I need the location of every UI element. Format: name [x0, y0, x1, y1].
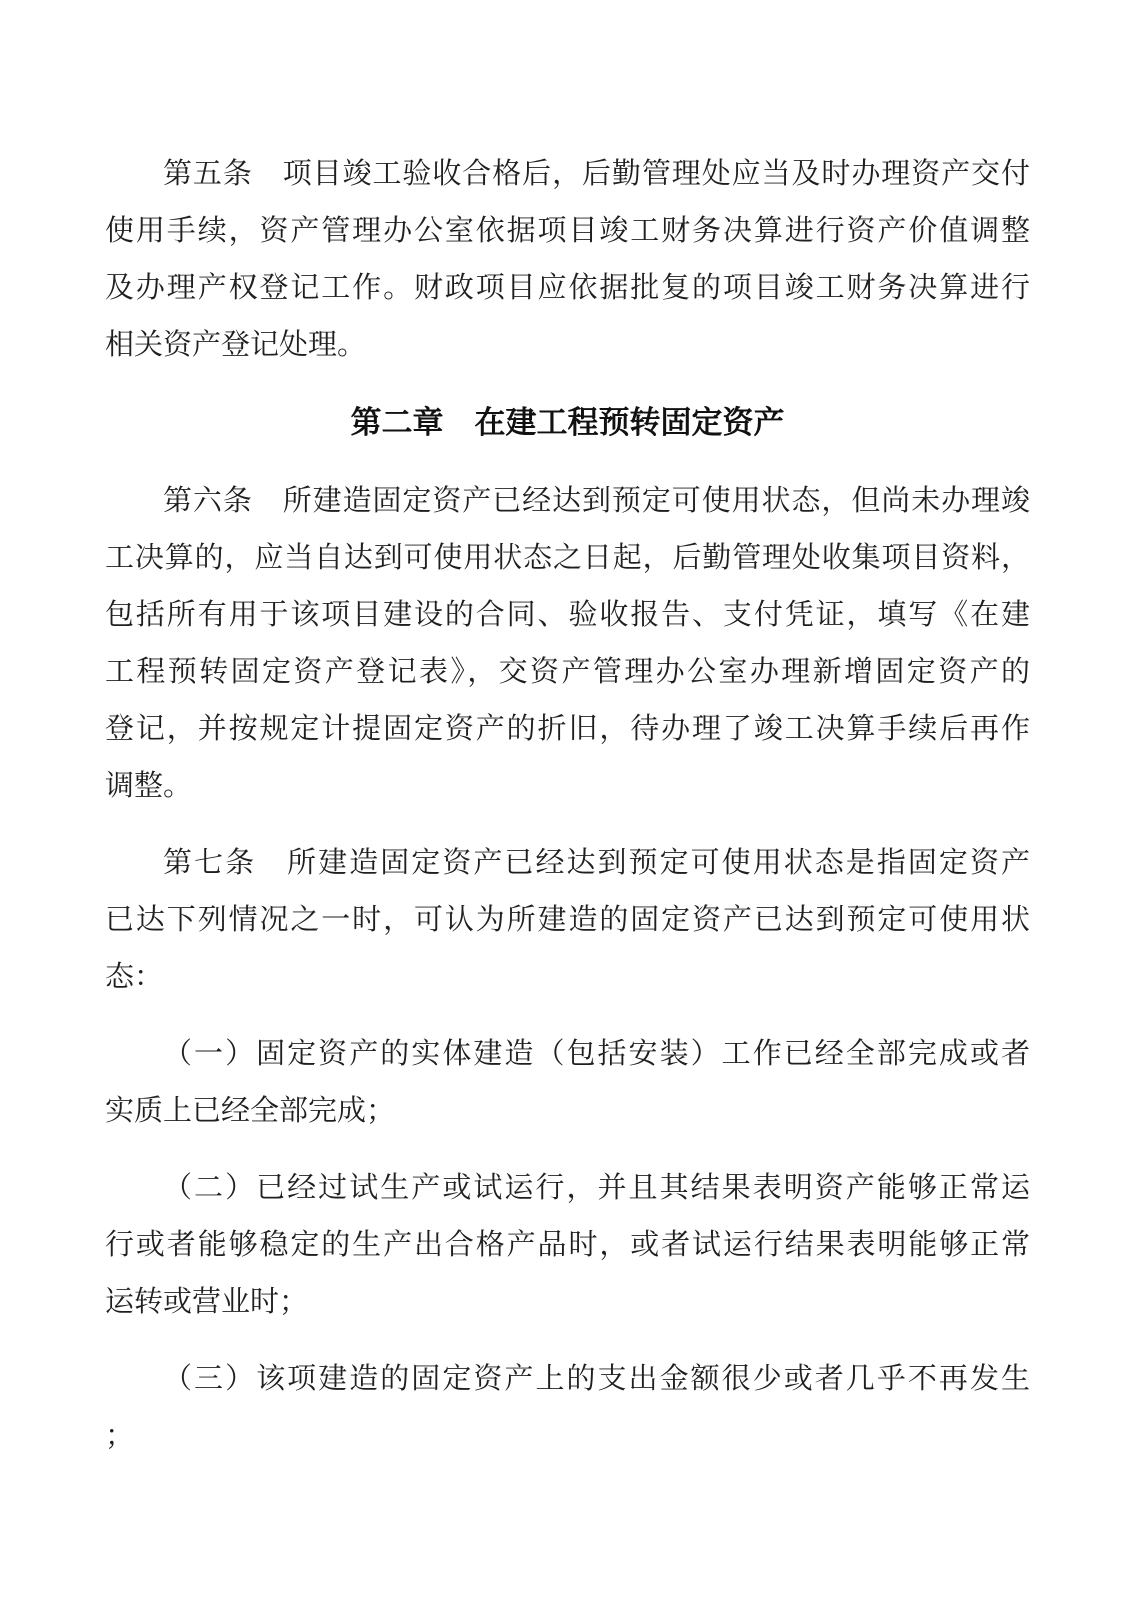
article-7-item-1: （一）固定资产的实体建造（包括安装）工作已经全部完成或者实质上已经全部完成；	[105, 1026, 1030, 1140]
article-6-paragraph: 第六条 所建造固定资产已经达到预定可使用状态，但尚未办理竣工决算的，应当自达到可…	[105, 473, 1030, 815]
text-line: 行或者能够稳定的生产出合格产品时，或者试运行结果表明能够正常	[105, 1217, 1030, 1274]
text-line: 态：	[105, 949, 1030, 1006]
text-line: 运转或营业时；	[105, 1274, 1030, 1331]
text-line: 工程预转固定资产登记表》，交资产管理办公室办理新增固定资产的	[105, 644, 1030, 701]
article-7-item-3: （三）该项建造的固定资产上的支出金额很少或者几乎不再发生；	[105, 1351, 1030, 1465]
text-line: 实质上已经全部完成；	[105, 1083, 1030, 1140]
text-line: 及办理产权登记工作。财政项目应依据批复的项目竣工财务决算进行	[105, 260, 1030, 317]
text-line: （三）该项建造的固定资产上的支出金额很少或者几乎不再发生	[105, 1351, 1030, 1408]
chapter-2-heading: 第二章 在建工程预转固定资产	[105, 394, 1030, 451]
article-7-item-2: （二）已经过试生产或试运行，并且其结果表明资产能够正常运行或者能够稳定的生产出合…	[105, 1160, 1030, 1331]
article-7-paragraph: 第七条 所建造固定资产已经达到预定可使用状态是指固定资产已达下列情况之一时，可认…	[105, 835, 1030, 1006]
text-line: 工决算的，应当自达到可使用状态之日起，后勤管理处收集项目资料，	[105, 530, 1030, 587]
text-line: 第六条 所建造固定资产已经达到预定可使用状态，但尚未办理竣	[105, 473, 1030, 530]
document-body: 第五条 项目竣工验收合格后，后勤管理处应当及时办理资产交付使用手续，资产管理办公…	[105, 146, 1030, 1465]
text-line: 第七条 所建造固定资产已经达到预定可使用状态是指固定资产	[105, 835, 1030, 892]
text-line: 第五条 项目竣工验收合格后，后勤管理处应当及时办理资产交付	[105, 146, 1030, 203]
text-line: 已达下列情况之一时，可认为所建造的固定资产已达到预定可使用状	[105, 892, 1030, 949]
text-line: 使用手续，资产管理办公室依据项目竣工财务决算进行资产价值调整	[105, 203, 1030, 260]
text-line: （一）固定资产的实体建造（包括安装）工作已经全部完成或者	[105, 1026, 1030, 1083]
document-page: 第五条 项目竣工验收合格后，后勤管理处应当及时办理资产交付使用手续，资产管理办公…	[0, 0, 1131, 1600]
text-line: 调整。	[105, 758, 1030, 815]
text-line: 相关资产登记处理。	[105, 317, 1030, 374]
text-line: ；	[105, 1408, 1030, 1465]
text-line: 包括所有用于该项目建设的合同、验收报告、支付凭证，填写《在建	[105, 587, 1030, 644]
article-5-paragraph: 第五条 项目竣工验收合格后，后勤管理处应当及时办理资产交付使用手续，资产管理办公…	[105, 146, 1030, 374]
text-line: （二）已经过试生产或试运行，并且其结果表明资产能够正常运	[105, 1160, 1030, 1217]
text-line: 登记，并按规定计提固定资产的折旧，待办理了竣工决算手续后再作	[105, 701, 1030, 758]
